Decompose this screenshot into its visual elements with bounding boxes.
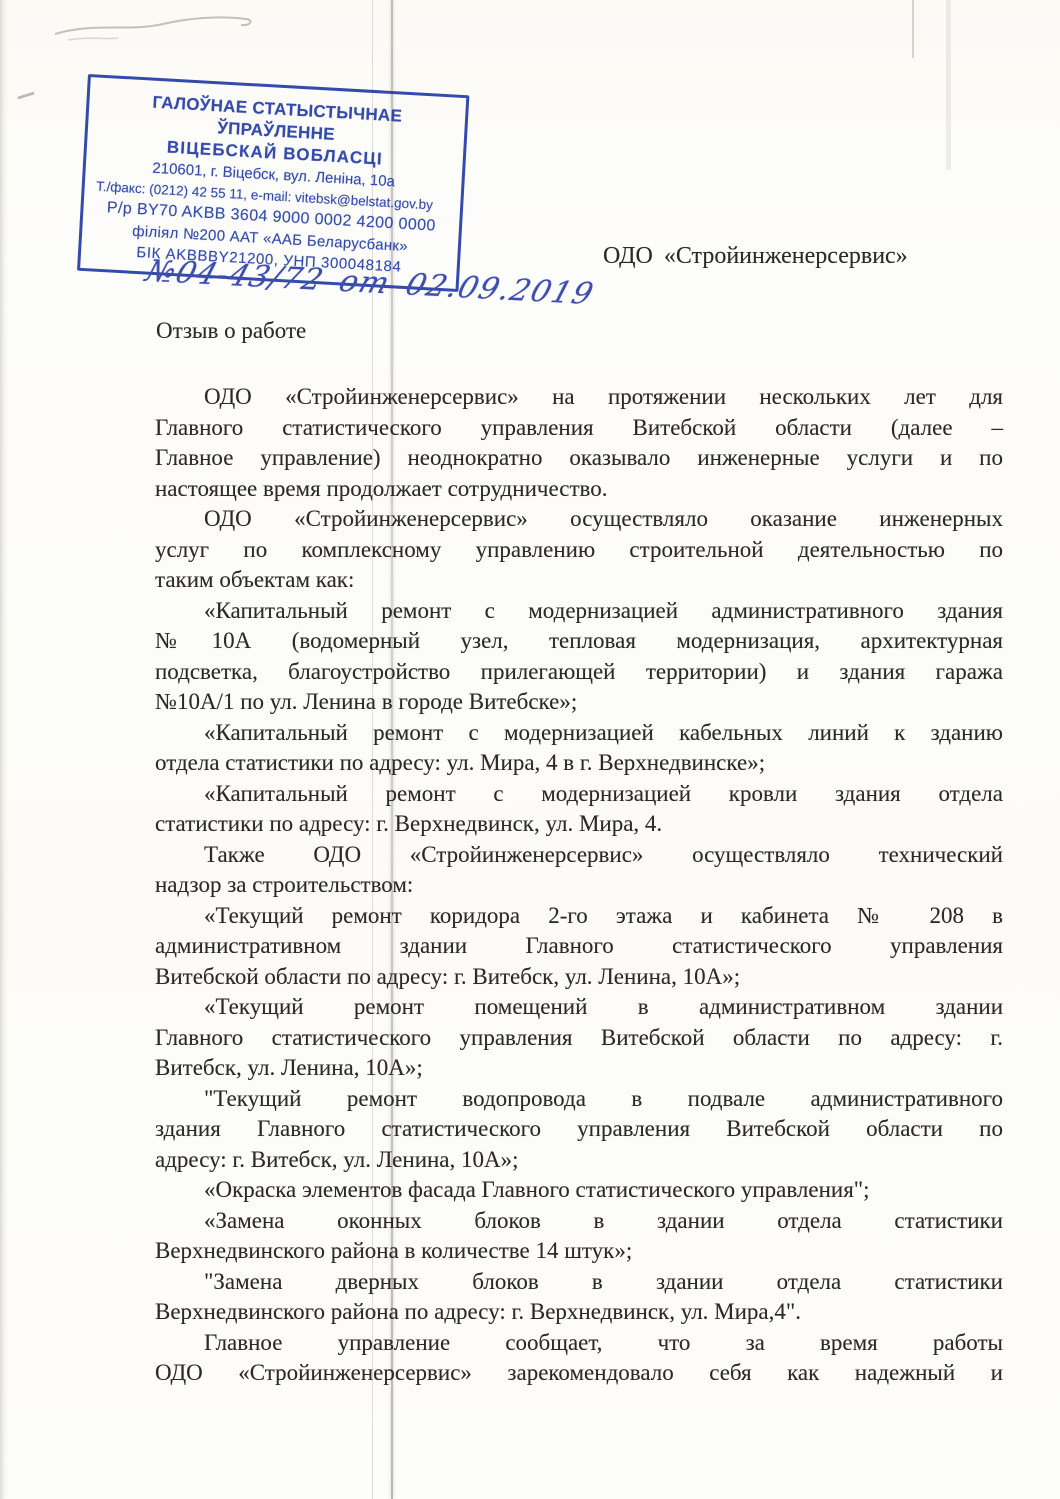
body-paragraph: «Капитальный ремонт с модернизацией адми… [155,596,1003,718]
body-paragraph: «Капитальный ремонт с модернизацией кабе… [155,718,1003,779]
body-paragraph: «Окраска элементов фасада Главного стати… [155,1175,1003,1206]
body-paragraph: Также ОДО «Стройинженерсервис» осуществл… [155,840,1003,901]
scan-edge-shadow [0,0,8,1499]
scanned-letter-page: ГАЛОЎНАЕ СТАТЫСТЫЧНАЕ ЎПРАЎЛЕННЕ ВІЦЕБСК… [0,0,1060,1499]
official-stamp: ГАЛОЎНАЕ СТАТЫСТЫЧНАЕ ЎПРАЎЛЕННЕ ВІЦЕБСК… [77,74,469,292]
scan-streak [946,0,951,170]
document-title: Отзыв о работе [156,318,306,344]
body-paragraph: Главное управление сообщает, что за врем… [155,1328,1003,1389]
body-paragraph: ОДО «Стройинженерсервис» осуществляло ок… [155,504,1003,596]
body-paragraph: "Замена дверных блоков в здании отдела с… [155,1267,1003,1328]
body-paragraph: «Текущий ремонт помещений в администрати… [155,992,1003,1084]
recipient-line: ОДО «Стройинженерсервис» [603,243,908,270]
body-paragraph: «Капитальный ремонт с модернизацией кров… [155,779,1003,840]
letter-body: ОДО «Стройинженерсервис» на протяжении н… [155,382,1003,1389]
body-paragraph: ОДО «Стройинженерсервис» на протяжении н… [155,382,1003,504]
body-paragraph: "Текущий ремонт водопровода в подвале ад… [155,1084,1003,1176]
body-paragraph: «Замена оконных блоков в здании отдела с… [155,1206,1003,1267]
scan-streak [912,0,914,58]
body-paragraph: «Текущий ремонт коридора 2-го этажа и ка… [155,901,1003,993]
